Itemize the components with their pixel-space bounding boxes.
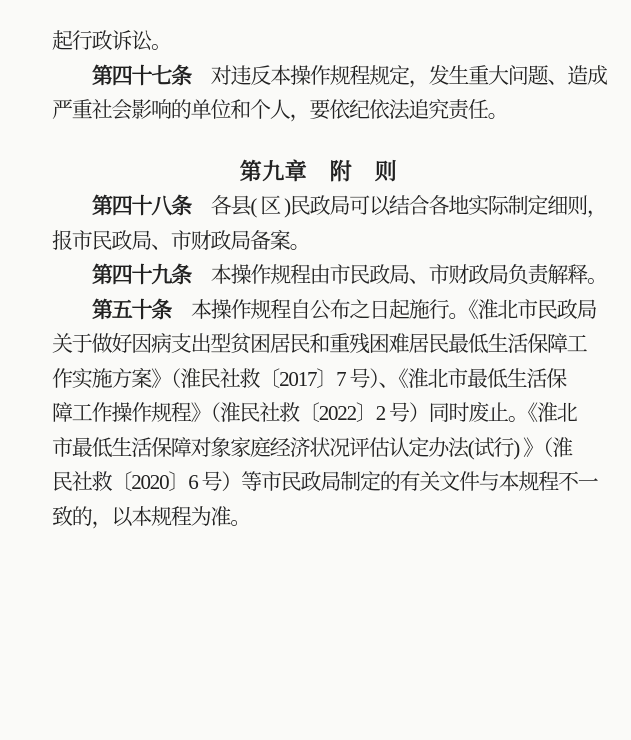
article-number: 第四十七条 xyxy=(92,64,191,88)
document-body: 起行政诉讼。第四十七条 对违反本操作规程规定，发生重大问题、造成严重社会影响的单… xyxy=(52,24,585,534)
document-text-line: 作实施方案》（淮民社救〔2017〕7 号）、《淮北市最低生活保 xyxy=(52,362,585,397)
document-text-line: 第五十条 本操作规程自公布之日起施行。《淮北市民政局 xyxy=(52,293,585,328)
document-text-line: 第四十七条 对违反本操作规程规定，发生重大问题、造成 xyxy=(52,59,585,94)
document-text-line: 障工作操作规程》（淮民社救〔2022〕2 号）同时废止。《淮北 xyxy=(52,396,585,431)
text-segment: 致的，以本规程为准。 xyxy=(52,505,250,529)
article-number: 第四十九条 xyxy=(92,263,191,287)
article-number: 第五十条 xyxy=(92,298,171,322)
scanned-document-page: 起行政诉讼。第四十七条 对违反本操作规程规定，发生重大问题、造成严重社会影响的单… xyxy=(0,0,631,740)
text-segment: 关于做好因病支出型贫困居民和重残困难居民最低生活保障工 xyxy=(52,332,587,356)
text-segment: 障工作操作规程》（淮民社救〔2022〕2 号）同时废止。《淮北 xyxy=(52,401,577,425)
text-segment: 严重社会影响的单位和个人，要依纪依法追究责任。 xyxy=(52,98,507,122)
document-text-line: 致的，以本规程为准。 xyxy=(52,500,585,535)
text-segment: 对违反本操作规程规定，发生重大问题、造成 xyxy=(191,64,607,88)
document-text-line: 第四十八条 各县( 区 )民政局可以结合各地实际制定细则， xyxy=(52,189,585,224)
article-number: 第九章 附 则 xyxy=(240,159,398,184)
text-segment: 本操作规程自公布之日起施行。《淮北市民政局 xyxy=(171,298,596,322)
document-text-line: 市最低生活保障对象家庭经济状况评估认定办法(试行) 》（淮 xyxy=(52,431,585,466)
text-segment: 报市民政局、市财政局备案。 xyxy=(52,229,309,253)
document-text-line: 民社救〔2020〕6 号）等市民政局制定的有关文件与本规程不一 xyxy=(52,465,585,500)
article-number: 第四十八条 xyxy=(92,194,191,218)
chapter-heading: 第九章 附 则 xyxy=(52,155,585,190)
document-text-line: 严重社会影响的单位和个人，要依纪依法追究责任。 xyxy=(52,93,585,128)
document-text-line: 第四十九条 本操作规程由市民政局、市财政局负责解释。 xyxy=(52,258,585,293)
document-text-line: 起行政诉讼。 xyxy=(52,24,585,59)
document-text-line: 报市民政局、市财政局备案。 xyxy=(52,224,585,259)
text-segment: 起行政诉讼。 xyxy=(52,29,171,53)
text-segment: 各县( 区 )民政局可以结合各地实际制定细则， xyxy=(191,194,607,218)
text-segment: 作实施方案》（淮民社救〔2017〕7 号）、《淮北市最低生活保 xyxy=(52,367,566,391)
text-segment: 民社救〔2020〕6 号）等市民政局制定的有关文件与本规程不一 xyxy=(52,470,598,494)
document-text-line: 关于做好因病支出型贫困居民和重残困难居民最低生活保障工 xyxy=(52,327,585,362)
text-segment: 本操作规程由市民政局、市财政局负责解释。 xyxy=(191,263,607,287)
text-segment: 市最低生活保障对象家庭经济状况评估认定办法(试行) 》（淮 xyxy=(52,436,572,460)
